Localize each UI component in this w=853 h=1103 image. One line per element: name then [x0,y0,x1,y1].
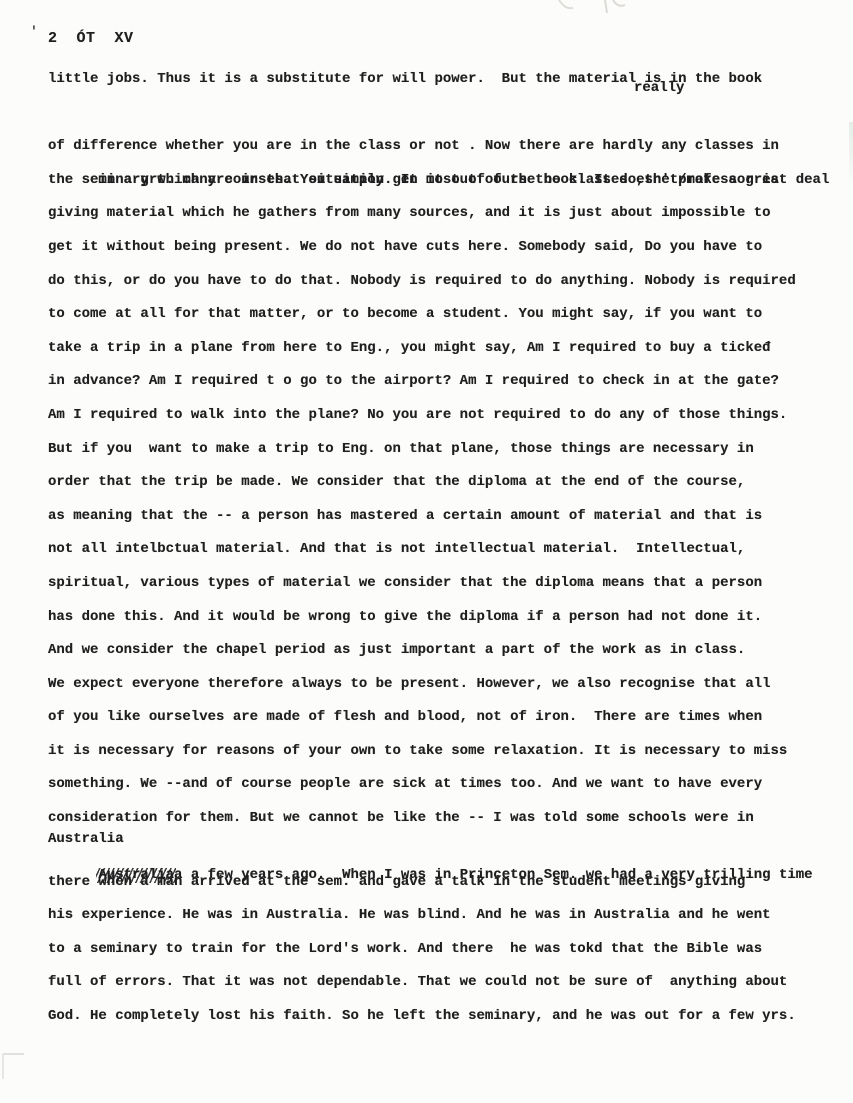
text-line: order that the trip be made. We consider… [48,466,838,500]
document-page: ' 2 ÓT XV little jobs. Thus it is a subs… [0,0,853,1103]
text-line: do this, or do you have to do that. Nobo… [48,265,838,299]
scan-artifact-corner [2,1053,24,1079]
stray-apostrophe-mark: ' [30,24,38,39]
text-line: little jobs. Thus it is a substitute for… [48,63,838,97]
scan-artifact-edge [849,122,853,184]
text-line: get it without being present. We do not … [48,231,838,265]
text-line: not all intelbctual material. And that i… [48,533,838,567]
text-line: has done this. And it would be wrong to … [48,601,838,635]
text-line: take a trip in a plane from here to Eng.… [48,332,838,366]
text-line: his experience. He was in Australia. He … [48,899,838,933]
text-line: to come at all for that matter, or to be… [48,298,838,332]
typescript-body: little jobs. Thus it is a substitute for… [48,63,838,1034]
text-line: And we consider the chapel period as jus… [48,634,838,668]
text-line: consideration for them. But we cannot be… [48,802,838,836]
strikeout-line: Australiaa a few years ago. When I was i… [48,848,838,866]
text-line: of difference whether you are in the cla… [48,130,838,164]
text-line: it is necessary for reasons of your own … [48,735,838,769]
text-line: full of errors. That it was not dependab… [48,966,838,1000]
text-line: spiritual, various types of material we … [48,567,838,601]
inserted-word-really: really [634,80,684,96]
text-line: giving material which he gathers from ma… [48,197,838,231]
text-line: Am I required to walk into the plane? No… [48,399,838,433]
text-line: But if you want to make a trip to Eng. o… [48,433,838,467]
text-line: of you like ourselves are made of flesh … [48,701,838,735]
text-line: We expect everyone therefore always to b… [48,668,838,702]
text-line-with-insert: really in a grt. many courses. You simpl… [48,97,838,131]
struckout-word: Australia [98,866,174,884]
text-line: something. We --and of course people are… [48,768,838,802]
page-header: 2 ÓT XV [48,30,134,47]
text-line: in advance? Am I required t o go to the … [48,365,838,399]
text-line: God. He completely lost his faith. So he… [48,1000,838,1034]
text-line: to a seminary to train for the Lord's wo… [48,933,838,967]
text-line: in a grt. many courses. You simply get i… [98,172,829,188]
text-line: as meaning that the -- a person has mast… [48,500,838,534]
scan-artifact-pen-marks [553,0,633,16]
